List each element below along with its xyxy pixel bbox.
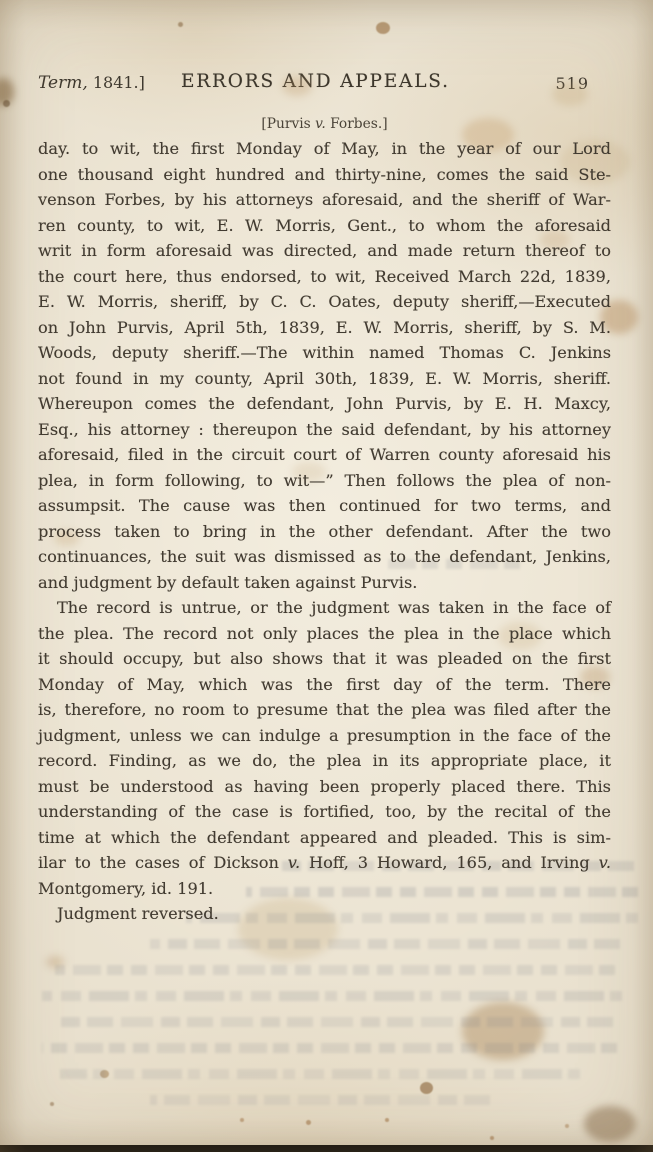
stain [306,1120,311,1125]
text-segment: not found in my county, April 30th, 1839… [38,369,611,388]
text-segment: the court here, thus endorsed, to wit, R… [38,267,611,286]
stain [50,1102,54,1106]
text-line: Whereupon comes the defendant, John Purv… [38,394,611,420]
stain [462,1002,544,1060]
text-segment: plea, in form following, to wit—” Then f… [38,471,611,490]
stain [3,100,10,107]
case-caption: [Purvis v. Forbes.] [38,116,611,132]
text-line: ren county, to wit, E. W. Morris, Gent.,… [38,216,611,242]
text-segment: aforesaid, filed in the circuit court of… [38,445,611,464]
text-line: plea, in form following, to wit—” Then f… [38,471,611,497]
term-label: Term, [38,73,88,93]
text-line: Monday of May, which was the first day o… [38,675,611,701]
stain [420,1082,433,1094]
text-segment: Whereupon comes the defendant, John Purv… [38,394,611,413]
text-line: and judgment by default taken against Pu… [38,573,611,599]
text-segment: assumpsit. The cause was then continued … [38,496,611,515]
stain [46,956,64,968]
stain [584,1106,636,1142]
caption-text: [Purvis [261,116,315,132]
text-line: assumpsit. The cause was then continued … [38,496,611,522]
caption-text: v. [315,116,326,132]
text-segment: process taken to bring in the other defe… [38,522,611,541]
text-line: time at which the defendant appeared and… [38,828,611,854]
stain [490,1136,494,1140]
text-segment: ilar to the cases of Dickson [38,853,288,872]
text-segment: v. [288,853,300,872]
text-segment: Montgomery, id. 191. [38,879,213,898]
text-line: not found in my county, April 30th, 1839… [38,369,611,395]
text-line: Judgment reversed. [38,904,611,930]
text-line: Woods, deputy sheriff.—The within named … [38,343,611,369]
text-line: must be understood as having been proper… [38,777,611,803]
scan-edge-shadow [0,1145,653,1152]
text-segment: Hoff, 3 Howard, 165, and Irving [300,853,599,872]
text-line: Montgomery, id. 191. [38,879,611,905]
text-segment: and judgment by default taken against Pu… [38,573,417,592]
page-number: 519 [555,74,589,93]
text-line: it should occupy, but also shows that it… [38,649,611,675]
bleedthrough-line [42,991,622,1001]
text-line: on John Purvis, April 5th, 1839, E. W. M… [38,318,611,344]
text-segment: writ in form aforesaid was directed, and… [38,241,611,260]
text-line: ilar to the cases of Dickson v. Hoff, 3 … [38,853,611,879]
text-segment: E. W. Morris, sheriff, by C. C. Oates, d… [38,292,611,311]
text-segment: understanding of the case is fortified, … [38,802,611,821]
text-segment: venson Forbes, by his attorneys aforesai… [38,190,611,209]
text-line: record. Finding, as we do, the plea in i… [38,751,611,777]
stain [376,22,390,34]
text-line: Esq., his attorney : thereupon the said … [38,420,611,446]
stain [565,1124,569,1128]
text-segment: one thousand eight hundred and thirty-ni… [38,165,611,184]
bleedthrough-line [55,965,615,975]
text-segment: Esq., his attorney : thereupon the said … [38,420,611,439]
text-segment: it should occupy, but also shows that it… [38,649,611,668]
text-segment: continuances, the suit was dismissed as … [38,547,611,566]
text-line: The record is untrue, or the judgment wa… [38,598,611,624]
text-segment: Woods, deputy sheriff.—The within named … [38,343,611,362]
text-segment: Monday of May, which was the first day o… [38,675,611,694]
text-line: day. to wit, the first Monday of May, in… [38,139,611,165]
body-text: day. to wit, the first Monday of May, in… [38,139,611,930]
text-segment: on John Purvis, April 5th, 1839, E. W. M… [38,318,611,337]
text-segment: Judgment reversed. [57,904,219,923]
text-segment: day. to wit, the first Monday of May, in… [38,139,611,158]
text-line: E. W. Morris, sheriff, by C. C. Oates, d… [38,292,611,318]
text-segment: the plea. The record not only places the… [38,624,611,643]
text-line: understanding of the case is fortified, … [38,802,611,828]
bleedthrough-line [42,1043,617,1053]
term-year: 1841.] [93,73,145,92]
bleedthrough-line [58,1017,613,1027]
caption-text: Forbes.] [326,116,388,132]
text-line: process taken to bring in the other defe… [38,522,611,548]
stain [385,1118,389,1122]
bleedthrough-line [150,939,620,949]
text-segment: time at which the defendant appeared and… [38,828,611,847]
text-segment: judgment, unless we can indulge a presum… [38,726,611,745]
text-line: aforesaid, filed in the circuit court of… [38,445,611,471]
text-line: the plea. The record not only places the… [38,624,611,650]
stain [240,1118,244,1122]
text-line: judgment, unless we can indulge a presum… [38,726,611,752]
text-segment: ren county, to wit, E. W. Morris, Gent.,… [38,216,611,235]
text-line: one thousand eight hundred and thirty-ni… [38,165,611,191]
text-line: venson Forbes, by his attorneys aforesai… [38,190,611,216]
text-segment: record. Finding, as we do, the plea in i… [38,751,611,770]
text-line: the court here, thus endorsed, to wit, R… [38,267,611,293]
text-segment: v. [599,853,611,872]
text-segment: is, therefore, no room to presume that t… [38,700,611,719]
running-head-title: ERRORS AND APPEALS. [181,71,450,92]
stain [0,78,14,106]
text-segment: must be understood as having been proper… [38,777,611,796]
text-segment: The record is untrue, or the judgment wa… [57,598,611,617]
running-head-term: Term, 1841.] [38,73,145,93]
stain [178,22,183,27]
text-line: is, therefore, no room to presume that t… [38,700,611,726]
book-page: Term, 1841.] ERRORS AND APPEALS. 519 [Pu… [0,0,653,1152]
bleedthrough-line [60,1069,580,1079]
stain [100,1070,109,1078]
bleedthrough-line [150,1095,490,1105]
text-line: writ in form aforesaid was directed, and… [38,241,611,267]
text-line: continuances, the suit was dismissed as … [38,547,611,573]
